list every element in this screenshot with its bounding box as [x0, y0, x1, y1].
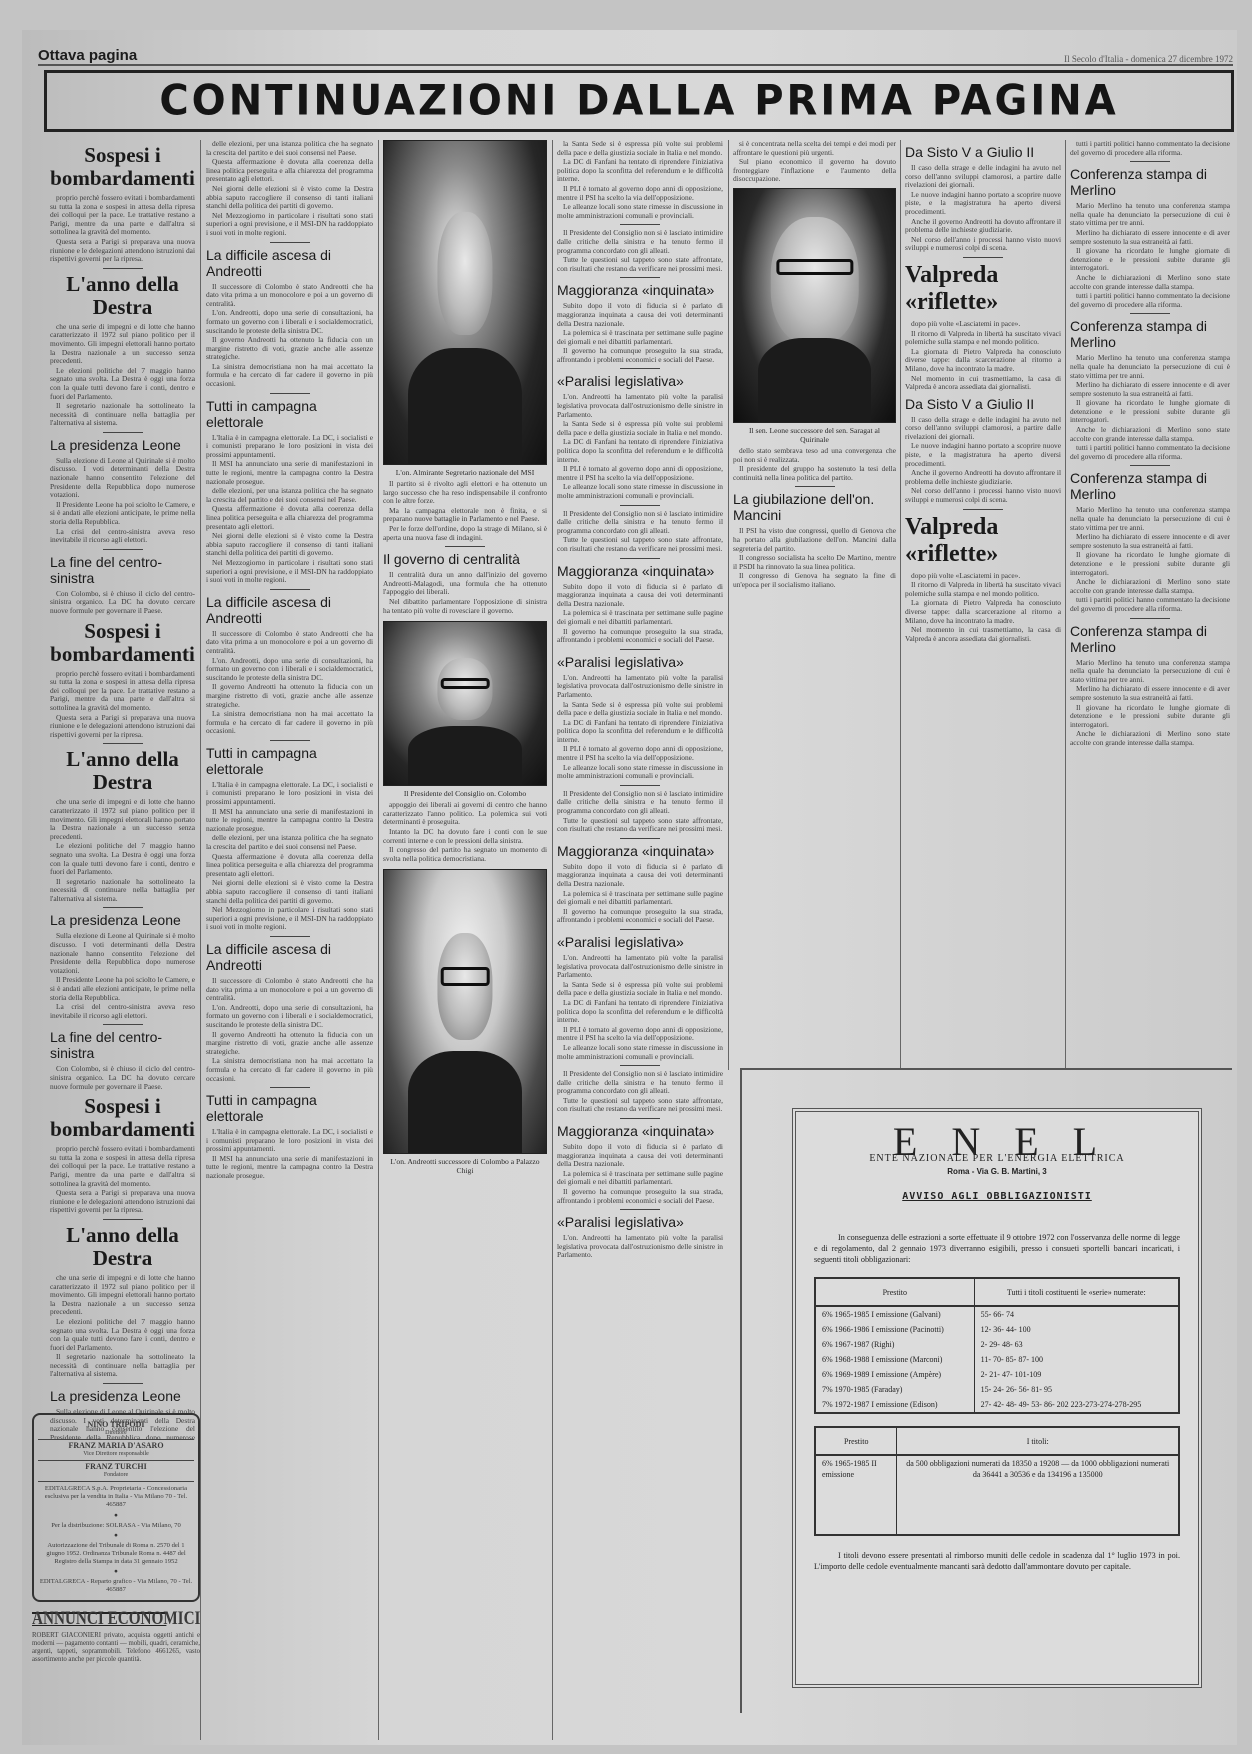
section-separator [103, 432, 143, 433]
article-paragraph: Il MSI ha annunciato una serie di manife… [206, 808, 373, 834]
loan-name: 6% 1969-1989 I emissione (Ampère) [815, 1367, 974, 1382]
article-paragraph: Subito dopo il voto di fiducia si è parl… [557, 1143, 723, 1169]
section-separator [103, 549, 143, 550]
section-separator [103, 1219, 143, 1220]
article-headline: Tutti in campagna elettorale [206, 398, 373, 430]
page-label: Ottava pagina [38, 47, 137, 64]
article-paragraph: Anche le dichiarazioni di Merlino sono s… [1070, 274, 1230, 291]
article-headline: Tutti in campagna elettorale [206, 745, 373, 777]
article-headline: Da Sisto V a Giulio II [905, 144, 1061, 160]
article-headline: L'anno della Destra [50, 1224, 195, 1270]
article-paragraph: Il segretario nazionale ha sottolineato … [50, 878, 195, 904]
article-paragraph: Anche le dichiarazioni di Merlino sono s… [1070, 426, 1230, 443]
article-paragraph: Il governo ha comunque proseguito la sua… [557, 1188, 723, 1205]
article-paragraph: La crisi del centro-sinistra aveva reso … [50, 528, 195, 545]
article-paragraph: proprio perchè fossero evitati i bombard… [50, 194, 195, 237]
section-separator [1130, 161, 1170, 162]
article-paragraph: Il centralità dura un anno dall'inizio d… [383, 571, 547, 597]
section-separator [620, 929, 660, 930]
section-separator [103, 907, 143, 908]
article-paragraph: Tutte le questioni sul tappeto sono stat… [557, 536, 723, 553]
article-paragraph: Il Presidente del Consiglio non si è las… [557, 1070, 723, 1096]
article-paragraph: Il caso della strage e delle indagini ha… [905, 416, 1061, 442]
section-separator [795, 486, 835, 487]
article-paragraph: Nel corso dell'anno i processi hanno vis… [905, 236, 1061, 253]
date-line: Il Secolo d'Italia - domenica 27 dicembr… [1064, 54, 1233, 64]
article-paragraph: L'on. Andreotti, dopo una serie di consu… [206, 1004, 373, 1030]
section-separator [270, 936, 310, 937]
article-column-3: L'on. Almirante Segretario nazionale del… [383, 140, 547, 1750]
publisher-info: EDITALGRECA S.p.A. Proprietaria - Conces… [38, 1482, 194, 1512]
article-paragraph: L'on. Andreotti ha lamentato più volte l… [557, 954, 723, 980]
article-paragraph: Il governo Andreotti ha ottenuto la fidu… [206, 683, 373, 709]
classifieds-title: ANNUNCI ECONOMICI [32, 1612, 166, 1626]
article-paragraph: dello stato sembrava teso ad una converg… [733, 447, 896, 464]
article-paragraph: Merlino ha dichiarato di essere innocent… [1070, 229, 1230, 246]
loan-name: 7% 1972-1987 I emissione (Edison) [815, 1397, 974, 1413]
authorization-info: Autorizzazione del Tribunale di Roma n. … [38, 1540, 194, 1568]
article-headline: L'anno della Destra [50, 273, 195, 319]
masthead-box: NINO TRIPODI Direttore FRANZ MARIA D'ASA… [32, 1413, 200, 1602]
loan-name: 6% 1966-1986 I emissione (Pacinotti) [815, 1322, 974, 1337]
article-paragraph: Tutte le questioni sul tappeto sono stat… [557, 1097, 723, 1114]
article-paragraph: dopo più volte «Lasciatemi in pace». [905, 572, 1061, 581]
article-column-7: tutti i partiti politici hanno commentat… [1070, 140, 1230, 1065]
article-column-1: Sospesi i bombardamentiproprio perchè fo… [50, 140, 195, 1440]
founder-role: Fondatore [38, 1471, 194, 1479]
table-row: 7% 1970-1985 (Faraday)15- 24- 26- 56- 81… [815, 1382, 1179, 1397]
article-paragraph: Nel momento in cui trasmettiamo, la casa… [905, 626, 1061, 643]
article-paragraph: Il Presidente Leone ha poi sciolto le Ca… [50, 501, 195, 527]
article-paragraph: Tutte le questioni sul tappeto sono stat… [557, 817, 723, 834]
photo-colombo [383, 621, 547, 786]
enel-notice-box: ENEL ENTE NAZIONALE PER L'ENERGIA ELETTR… [792, 1108, 1202, 1688]
article-paragraph: Il governo ha comunque proseguito la sua… [557, 347, 723, 364]
article-paragraph: Merlino ha dichiarato di essere innocent… [1070, 533, 1230, 550]
article-paragraph: La DC di Fanfani ha tentato di riprender… [557, 719, 723, 745]
article-paragraph: Nel corso dell'anno i processi hanno vis… [905, 487, 1061, 504]
section-separator [963, 257, 1003, 258]
section-separator [270, 242, 310, 243]
section-separator [270, 740, 310, 741]
article-paragraph: La giornata di Pietro Valpreda ha conosc… [905, 599, 1061, 625]
article-paragraph: Il PLI è tornato al governo dopo anni di… [557, 1026, 723, 1043]
section-separator [620, 368, 660, 369]
article-paragraph: Il ritorno di Valpreda in libertà ha sus… [905, 581, 1061, 598]
section-separator [270, 589, 310, 590]
bullet-icon: ● [38, 1512, 194, 1520]
table-row: 6% 1967-1987 (Righi)2- 29- 48- 63 [815, 1337, 1179, 1352]
section-separator [1130, 465, 1170, 466]
article-headline: Maggioranza «inquinata» [557, 1123, 723, 1139]
article-paragraph: Nel momento in cui trasmettiamo, la casa… [905, 375, 1061, 392]
article-paragraph: Con Colombo, si è chiuso il ciclo del ce… [50, 1065, 195, 1091]
table-row: 7% 1972-1987 I emissione (Edison)27- 42-… [815, 1397, 1179, 1413]
table-header: Prestito [815, 1278, 974, 1306]
article-paragraph: Nei giorni delle elezioni si è visto com… [206, 185, 373, 211]
article-paragraph: La DC di Fanfani ha tentato di riprender… [557, 158, 723, 184]
article-headline: Maggioranza «inquinata» [557, 563, 723, 579]
table-row: 6% 1965-1985 I emissione (Galvani)55- 66… [815, 1306, 1179, 1322]
article-paragraph: Il PLI è tornato al governo dopo anni di… [557, 745, 723, 762]
article-paragraph: Nel Mezzogiorno in particolare i risulta… [206, 906, 373, 932]
article-headline: «Paralisi legislativa» [557, 654, 723, 670]
article-headline: La difficile ascesa di Andreotti [206, 941, 373, 973]
article-paragraph: Nel Mezzogiorno in particolare i risulta… [206, 559, 373, 585]
article-paragraph: Il partito si è rivolto agli elettori e … [383, 480, 547, 506]
article-paragraph: Merlino ha dichiarato di essere innocent… [1070, 685, 1230, 702]
article-headline: L'anno della Destra [50, 748, 195, 794]
article-paragraph: Anche le dichiarazioni di Merlino sono s… [1070, 578, 1230, 595]
article-paragraph: tutti i partiti politici hanno commentat… [1070, 444, 1230, 461]
section-separator [620, 505, 660, 506]
article-paragraph: Il governo ha comunque proseguito la sua… [557, 908, 723, 925]
article-paragraph: Il governo Andreotti ha ottenuto la fidu… [206, 1031, 373, 1057]
article-paragraph: Questa sera a Parigi si preparava una nu… [50, 1189, 195, 1215]
article-paragraph: Nei giorni delle elezioni si è visto com… [206, 532, 373, 558]
article-paragraph: dopo più volte «Lasciatemi in pace». [905, 320, 1061, 329]
column-divider [728, 140, 729, 1070]
section-separator [103, 743, 143, 744]
article-headline: Da Sisto V a Giulio II [905, 396, 1061, 412]
section-separator [620, 1065, 660, 1066]
article-paragraph: Il successore di Colombo è stato Andreot… [206, 283, 373, 309]
section-separator [620, 224, 660, 225]
article-paragraph: Il caso della strage e delle indagini ha… [905, 164, 1061, 190]
article-headline: Conferenza stampa di Merlino [1070, 623, 1230, 655]
article-headline: «Paralisi legislativa» [557, 1214, 723, 1230]
article-paragraph: Subito dopo il voto di fiducia si è parl… [557, 302, 723, 328]
section-separator [445, 546, 485, 547]
article-paragraph: Per le forze dell'ordine, dopo la strage… [383, 525, 547, 542]
photo-caption: L'on. Andreotti successore di Colombo a … [383, 1154, 547, 1178]
section-separator [620, 1209, 660, 1210]
series-numbers: 55- 66- 74 [974, 1306, 1179, 1322]
article-headline: Maggioranza «inquinata» [557, 843, 723, 859]
article-paragraph: Il governo Andreotti ha ottenuto la fidu… [206, 336, 373, 362]
section-separator [620, 1118, 660, 1119]
article-paragraph: Il ritorno di Valpreda in libertà ha sus… [905, 330, 1061, 347]
article-paragraph: tutti i partiti politici hanno commentat… [1070, 140, 1230, 157]
article-paragraph: Le nuove indagini hanno portato a scopri… [905, 442, 1061, 468]
article-paragraph: Tutte le questioni sul tappeto sono stat… [557, 256, 723, 273]
article-paragraph: Anche il governo Andreotti ha dovuto aff… [905, 469, 1061, 486]
banner-title: CONTINUAZIONI DALLA PRIMA PAGINA [159, 77, 1118, 125]
loan-name: 6% 1965-1985 I emissione (Galvani) [815, 1306, 974, 1322]
article-paragraph: L'on. Andreotti, dopo una serie di consu… [206, 657, 373, 683]
enel-address: Roma - Via G. B. Martini, 3 [814, 1166, 1180, 1177]
article-headline: Tutti in campagna elettorale [206, 1092, 373, 1124]
column-divider [552, 140, 553, 1740]
article-paragraph: La sinistra democristiana non ha mai acc… [206, 1057, 373, 1083]
section-separator [1130, 313, 1170, 314]
article-paragraph: che una serie di impegni e di lotte che … [50, 323, 195, 366]
article-paragraph: L'on. Andreotti ha lamentato più volte l… [557, 393, 723, 419]
loan-name: 6% 1968-1988 I emissione (Marconi) [815, 1352, 974, 1367]
article-column-6: Da Sisto V a Giulio IIIl caso della stra… [905, 140, 1061, 1065]
loan-name: 7% 1970-1985 (Faraday) [815, 1382, 974, 1397]
article-paragraph: Il presidente del gruppo ha sostenuto la… [733, 465, 896, 482]
article-paragraph: Nel Mezzogiorno in particolare i risulta… [206, 212, 373, 238]
article-paragraph: L'on. Andreotti ha lamentato più volte l… [557, 674, 723, 700]
section-banner: CONTINUAZIONI DALLA PRIMA PAGINA [44, 70, 1234, 132]
article-headline: Maggioranza «inquinata» [557, 282, 723, 298]
article-paragraph: Con Colombo, si è chiuso il ciclo del ce… [50, 590, 195, 616]
notice-footer: I titoli devono essere presentati al rim… [814, 1550, 1180, 1572]
section-separator [620, 649, 660, 650]
article-headline: La presidenza Leone [50, 1388, 195, 1404]
article-paragraph: Merlino ha dichiarato di essere innocent… [1070, 381, 1230, 398]
article-paragraph: L'Italia è in campagna elettorale. La DC… [206, 434, 373, 460]
article-headline: Sospesi i bombardamenti [50, 1095, 195, 1141]
article-headline: Sospesi i bombardamenti [50, 144, 195, 190]
article-paragraph: Il MSI ha annunciato una serie di manife… [206, 1155, 373, 1181]
column-divider [900, 140, 901, 1070]
article-paragraph: la Santa Sede si è espressa più volte su… [557, 701, 723, 718]
section-separator [620, 558, 660, 559]
article-paragraph: Il successore di Colombo è stato Andreot… [206, 630, 373, 656]
article-paragraph: Il segretario nazionale ha sottolineato … [50, 1353, 195, 1379]
column-divider [200, 140, 201, 1740]
article-paragraph: proprio perchè fossero evitati i bombard… [50, 1145, 195, 1188]
article-paragraph: Il congresso di Genova ha segnato la fin… [733, 572, 896, 589]
article-paragraph: La giornata di Pietro Valpreda ha conosc… [905, 348, 1061, 374]
article-paragraph: Il giovane ha ricordato le lunghe giorna… [1070, 399, 1230, 425]
section-separator [620, 277, 660, 278]
article-paragraph: Questa affermazione è dovuta alla coeren… [206, 158, 373, 184]
bullet-icon: ● [38, 1532, 194, 1540]
article-column-2: delle elezioni, per una istanza politica… [206, 140, 373, 1740]
article-paragraph: Mario Merlino ha tenuto una conferenza s… [1070, 659, 1230, 685]
article-paragraph: L'Italia è in campagna elettorale. La DC… [206, 781, 373, 807]
print-info: EDITALGRECA - Reparto grafico - Via Mila… [38, 1576, 194, 1596]
enel-advertisement: ENEL ENTE NAZIONALE PER L'ENERGIA ELETTR… [740, 1068, 1232, 1713]
article-paragraph: La crisi del centro-sinistra aveva reso … [50, 1003, 195, 1020]
page-header: Ottava pagina Il Secolo d'Italia - domen… [38, 46, 1233, 66]
bond-table-1: Prestito Tutti i titoli costituenti le «… [814, 1277, 1180, 1414]
article-paragraph: la Santa Sede si è espressa più volte su… [557, 140, 723, 157]
article-paragraph: La polemica si è trascinata per settiman… [557, 329, 723, 346]
vice-director-name: FRANZ MARIA D'ASARO [38, 1442, 194, 1450]
section-separator [103, 1383, 143, 1384]
article-paragraph: delle elezioni, per una istanza politica… [206, 834, 373, 851]
section-separator [963, 509, 1003, 510]
loan-name: 6% 1965-1985 II emissione [815, 1455, 897, 1535]
article-paragraph: Sulla elezione di Leone al Quirinale si … [50, 932, 195, 975]
article-paragraph: Le alleanze locali sono state rimesse in… [557, 1044, 723, 1061]
photo-almirante [383, 140, 547, 465]
article-paragraph: La polemica si è trascinata per settiman… [557, 1170, 723, 1187]
series-numbers: 15- 24- 26- 56- 81- 95 [974, 1382, 1179, 1397]
section-separator [270, 393, 310, 394]
article-headline: La fine del centro-sinistra [50, 554, 195, 586]
notice-title: AVVISO AGLI OBBLIGAZIONISTI [814, 1191, 1180, 1202]
notice-intro: In conseguenza delle estrazioni a sorte … [814, 1232, 1180, 1265]
article-headline: Conferenza stampa di Merlino [1070, 318, 1230, 350]
article-paragraph: Le elezioni politiche del 7 maggio hanno… [50, 842, 195, 876]
article-paragraph: Anche le dichiarazioni di Merlino sono s… [1070, 730, 1230, 747]
photo-caption: Il Presidente del Consiglio on. Colombo [383, 786, 547, 801]
article-paragraph: L'on. Andreotti, dopo una serie di consu… [206, 309, 373, 335]
article-column-5: si è concentrata nella scelta dei tempi … [733, 140, 896, 1065]
article-headline: La giubilazione dell'on. Mancini [733, 491, 896, 523]
table-row: 6% 1965-1985 II emissioneda 500 obbligaz… [815, 1455, 1179, 1535]
article-paragraph: Il congresso socialista ha scelto De Mar… [733, 554, 896, 571]
enel-logo: ENEL [844, 1136, 1180, 1147]
article-paragraph: Subito dopo il voto di fiducia si è parl… [557, 583, 723, 609]
article-headline: Conferenza stampa di Merlino [1070, 166, 1230, 198]
article-headline: Valpreda «riflette» [905, 262, 1061, 316]
article-paragraph: Il giovane ha ricordato le lunghe giorna… [1070, 551, 1230, 577]
article-paragraph: Il Presidente del Consiglio non si è las… [557, 229, 723, 255]
distribution-info: Per la distribuzione: SOLRASA - Via Mila… [38, 1520, 194, 1532]
table-row: 6% 1966-1986 I emissione (Pacinotti)12- … [815, 1322, 1179, 1337]
table-row: 6% 1968-1988 I emissione (Marconi)11- 70… [815, 1352, 1179, 1367]
article-headline: La presidenza Leone [50, 912, 195, 928]
article-paragraph: Il governo ha comunque proseguito la sua… [557, 628, 723, 645]
director-role: Direttore [38, 1429, 194, 1437]
article-paragraph: Il PSI ha visto due congressi, quello di… [733, 527, 896, 553]
article-headline: «Paralisi legislativa» [557, 373, 723, 389]
photo-caption: L'on. Almirante Segretario nazionale del… [383, 465, 547, 480]
article-paragraph: Le nuove indagini hanno portato a scopri… [905, 191, 1061, 217]
article-paragraph: la Santa Sede si è espressa più volte su… [557, 420, 723, 437]
article-headline: Valpreda «riflette» [905, 514, 1061, 568]
article-paragraph: tutti i partiti politici hanno commentat… [1070, 292, 1230, 309]
article-paragraph: La DC di Fanfani ha tentato di riprender… [557, 999, 723, 1025]
table-header: Tutti i titoli costituenti le «serie» nu… [974, 1278, 1179, 1306]
article-paragraph: che una serie di impegni e di lotte che … [50, 1274, 195, 1317]
section-separator [103, 268, 143, 269]
article-paragraph: Il PLI è tornato al governo dopo anni di… [557, 465, 723, 482]
article-paragraph: Il MSI ha annunciato una serie di manife… [206, 460, 373, 486]
article-paragraph: Questa affermazione è dovuta alla coeren… [206, 853, 373, 879]
article-paragraph: Sulla elezione di Leone al Quirinale si … [50, 457, 195, 500]
article-paragraph: Il PLI è tornato al governo dopo anni di… [557, 185, 723, 202]
article-headline: La fine del centro-sinistra [50, 1029, 195, 1061]
article-paragraph: che una serie di impegni e di lotte che … [50, 798, 195, 841]
article-paragraph: L'on. Andreotti ha lamentato più volte l… [557, 1234, 723, 1260]
article-paragraph: Le alleanze locali sono state rimesse in… [557, 483, 723, 500]
article-paragraph: Mario Merlino ha tenuto una conferenza s… [1070, 506, 1230, 532]
article-headline: Sospesi i bombardamenti [50, 620, 195, 666]
article-paragraph: Il Presidente Leone ha poi sciolto le Ca… [50, 976, 195, 1002]
section-separator [1130, 618, 1170, 619]
article-paragraph: La sinistra democristiana non ha mai acc… [206, 363, 373, 389]
article-paragraph: Sul piano economico il governo ha dovuto… [733, 158, 896, 184]
article-paragraph: delle elezioni, per una istanza politica… [206, 140, 373, 157]
column-divider [378, 140, 379, 1740]
article-paragraph: Le alleanze locali sono state rimesse in… [557, 764, 723, 781]
founder-name: FRANZ TURCHI [38, 1463, 194, 1471]
article-paragraph: appoggio dei liberali ai governi di cent… [383, 801, 547, 827]
article-paragraph: Le elezioni politiche del 7 maggio hanno… [50, 367, 195, 401]
article-paragraph: Ma la campagna elettorale non è finita, … [383, 507, 547, 524]
section-separator [103, 1024, 143, 1025]
article-paragraph: la Santa Sede si è espressa più volte su… [557, 981, 723, 998]
article-paragraph: proprio perchè fossero evitati i bombard… [50, 670, 195, 713]
vice-director-role: Vice Direttore responsabile [38, 1450, 194, 1458]
series-numbers: 2- 29- 48- 63 [974, 1337, 1179, 1352]
series-numbers: 2- 21- 47- 101-109 [974, 1367, 1179, 1382]
article-paragraph: La polemica si è trascinata per settiman… [557, 609, 723, 626]
article-paragraph: Nel dibattito parlamentare l'opposizione… [383, 598, 547, 615]
series-numbers: 11- 70- 85- 87- 100 [974, 1352, 1179, 1367]
article-paragraph: Questa affermazione è dovuta alla coeren… [206, 505, 373, 531]
article-paragraph: Nei giorni delle elezioni si è visto com… [206, 879, 373, 905]
section-separator [620, 838, 660, 839]
classifieds-text: ROBERT GIACONIERI privato, acquista ogge… [32, 1632, 200, 1664]
article-paragraph: Il segretario nazionale ha sottolineato … [50, 402, 195, 428]
masthead-area: NINO TRIPODI Direttore FRANZ MARIA D'ASA… [32, 1405, 200, 1745]
article-paragraph: L'Italia è in campagna elettorale. La DC… [206, 1128, 373, 1154]
table-row: 6% 1969-1989 I emissione (Ampère)2- 21- … [815, 1367, 1179, 1382]
article-headline: La presidenza Leone [50, 437, 195, 453]
article-paragraph: Intanto la DC ha dovuto fare i conti con… [383, 828, 547, 845]
article-headline: Conferenza stampa di Merlino [1070, 470, 1230, 502]
article-headline: La difficile ascesa di Andreotti [206, 594, 373, 626]
article-headline: La difficile ascesa di Andreotti [206, 247, 373, 279]
article-headline: «Paralisi legislativa» [557, 934, 723, 950]
title-numbers: da 500 obbligazioni numerati da 18350 a … [897, 1455, 1179, 1535]
series-numbers: 27- 42- 48- 49- 53- 86- 202 223-273-274-… [974, 1397, 1179, 1413]
series-numbers: 12- 36- 44- 100 [974, 1322, 1179, 1337]
article-paragraph: Anche il governo Andreotti ha dovuto aff… [905, 218, 1061, 235]
photo-caption: Il sen. Leone successore del sen. Saraga… [733, 423, 896, 447]
article-paragraph: Le elezioni politiche del 7 maggio hanno… [50, 1318, 195, 1352]
article-paragraph: Questa sera a Parigi si preparava una nu… [50, 714, 195, 740]
director-name: NINO TRIPODI [38, 1421, 194, 1429]
article-paragraph: Il giovane ha ricordato le lunghe giorna… [1070, 247, 1230, 273]
article-paragraph: Il Presidente del Consiglio non si è las… [557, 510, 723, 536]
table-header: I titoli: [897, 1427, 1179, 1455]
article-paragraph: Il giovane ha ricordato le lunghe giorna… [1070, 704, 1230, 730]
section-separator [270, 1087, 310, 1088]
article-column-4: la Santa Sede si è espressa più volte su… [557, 140, 723, 1740]
article-paragraph: si è concentrata nella scelta dei tempi … [733, 140, 896, 157]
bond-table-2: Prestito I titoli: 6% 1965-1985 II emiss… [814, 1426, 1180, 1536]
photo-andreotti [383, 869, 547, 1154]
article-paragraph: Il congresso del partito ha segnato un m… [383, 846, 547, 863]
article-paragraph: Questa sera a Parigi si preparava una nu… [50, 238, 195, 264]
section-separator [620, 785, 660, 786]
article-paragraph: tutti i partiti politici hanno commentat… [1070, 596, 1230, 613]
article-paragraph: Le alleanze locali sono state rimesse in… [557, 203, 723, 220]
article-paragraph: Subito dopo il voto di fiducia si è parl… [557, 863, 723, 889]
article-paragraph: La DC di Fanfani ha tentato di riprender… [557, 438, 723, 464]
column-divider [1065, 140, 1066, 1070]
article-paragraph: delle elezioni, per una istanza politica… [206, 487, 373, 504]
article-paragraph: Il Presidente del Consiglio non si è las… [557, 790, 723, 816]
article-paragraph: La sinistra democristiana non ha mai acc… [206, 710, 373, 736]
loan-name: 6% 1967-1987 (Righi) [815, 1337, 974, 1352]
article-headline: Il governo di centralità [383, 551, 547, 567]
article-paragraph: Mario Merlino ha tenuto una conferenza s… [1070, 202, 1230, 228]
article-paragraph: Mario Merlino ha tenuto una conferenza s… [1070, 354, 1230, 380]
table-header: Prestito [815, 1427, 897, 1455]
photo-leone [733, 188, 896, 423]
bullet-icon: ● [38, 1568, 194, 1576]
article-paragraph: Il successore di Colombo è stato Andreot… [206, 977, 373, 1003]
article-paragraph: La polemica si è trascinata per settiman… [557, 890, 723, 907]
